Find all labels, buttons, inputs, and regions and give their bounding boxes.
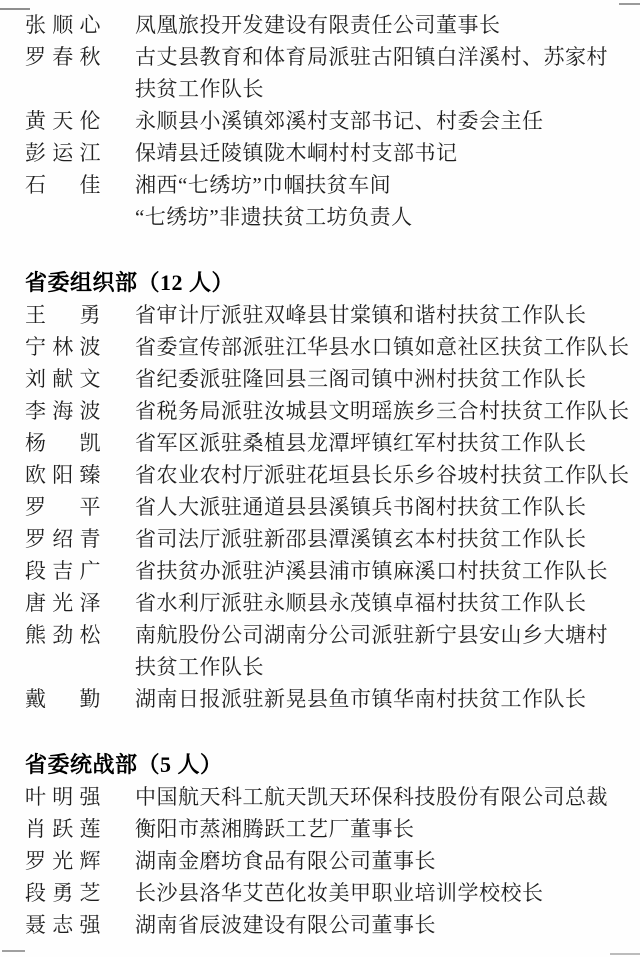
person-name: 张顺心 — [25, 9, 101, 41]
person-title: 湖南省辰波建设有限公司董事长 — [135, 909, 635, 941]
person-title: 湖南金磨坊食品有限公司董事长 — [135, 845, 635, 877]
person-title: 省水利厅派驻永顺县永茂镇卓福村扶贫工作队长 — [135, 587, 635, 619]
section-heading: 省委组织部（12 人） — [25, 267, 640, 299]
list-item: 彭运江 保靖县迁陵镇陇木峒村村支部书记 — [25, 137, 640, 169]
section-continuation: 张顺心 凤凰旅投开发建设有限责任公司董事长 罗春秋 古丈县教育和体育局派驻古阳镇… — [25, 9, 640, 233]
person-title: 省委宣传部派驻江华县水口镇如意社区扶贫工作队长 — [135, 331, 635, 363]
list-item: 黄天伦 永顺县小溪镇郊溪村支部书记、村委会主任 — [25, 105, 640, 137]
person-name: 欧阳臻 — [25, 459, 101, 491]
person-name: 聂志强 — [25, 909, 101, 941]
person-name: 刘献文 — [25, 363, 101, 395]
document-page: 张顺心 凤凰旅投开发建设有限责任公司董事长 罗春秋 古丈县教育和体育局派驻古阳镇… — [0, 0, 640, 957]
list-item: 石 佳 湘西“七绣坊”巾帼扶贫车间 “七绣坊”非遗扶贫工坊负责人 — [25, 169, 640, 233]
person-title: 省审计厅派驻双峰县甘棠镇和谐村扶贫工作队长 — [135, 299, 635, 331]
person-name: 肖跃莲 — [25, 813, 101, 845]
person-title: 南航股份公司湖南分公司派驻新宁县安山乡大塘村 扶贫工作队长 — [135, 619, 635, 683]
list-item: 唐光泽 省水利厅派驻永顺县永茂镇卓福村扶贫工作队长 — [25, 587, 640, 619]
person-name: 段勇芝 — [25, 877, 101, 909]
person-name: 宁林波 — [25, 331, 101, 363]
section-organization-dept: 省委组织部（12 人） 王 勇 省审计厅派驻双峰县甘棠镇和谐村扶贫工作队长 宁林… — [25, 267, 640, 715]
person-title: 省纪委派驻隆回县三阁司镇中洲村扶贫工作队长 — [135, 363, 635, 395]
list-item: 罗 平 省人大派驻通道县县溪镇兵书阁村扶贫工作队长 — [25, 491, 640, 523]
list-item: 宁林波 省委宣传部派驻江华县水口镇如意社区扶贫工作队长 — [25, 331, 640, 363]
list-item: 罗绍青 省司法厅派驻新邵县潭溪镇玄本村扶贫工作队长 — [25, 523, 640, 555]
person-name: 罗 平 — [25, 491, 101, 523]
person-name: 戴 勤 — [25, 683, 101, 715]
person-name: 石 佳 — [25, 169, 101, 201]
person-title: 永顺县小溪镇郊溪村支部书记、村委会主任 — [135, 105, 635, 137]
list-item: 戴 勤 湖南日报派驻新晃县鱼市镇华南村扶贫工作队长 — [25, 683, 640, 715]
person-name: 李海波 — [25, 395, 101, 427]
list-item: 聂志强 湖南省辰波建设有限公司董事长 — [25, 909, 640, 941]
list-item: 杨 凯 省军区派驻桑植县龙潭坪镇红军村扶贫工作队长 — [25, 427, 640, 459]
person-name: 熊劲松 — [25, 619, 101, 651]
person-name: 罗春秋 — [25, 41, 101, 73]
person-title: 省农业农村厅派驻花垣县长乐乡谷坡村扶贫工作队长 — [135, 459, 635, 491]
list-item: 王 勇 省审计厅派驻双峰县甘棠镇和谐村扶贫工作队长 — [25, 299, 640, 331]
list-item: 熊劲松 南航股份公司湖南分公司派驻新宁县安山乡大塘村 扶贫工作队长 — [25, 619, 640, 683]
person-name: 罗光辉 — [25, 845, 101, 877]
person-title: 省税务局派驻汝城县文明瑶族乡三合村扶贫工作队长 — [135, 395, 635, 427]
person-title: 长沙县洛华艾芭化妆美甲职业培训学校校长 — [135, 877, 635, 909]
list-item: 段勇芝 长沙县洛华艾芭化妆美甲职业培训学校校长 — [25, 877, 640, 909]
list-item: 刘献文 省纪委派驻隆回县三阁司镇中洲村扶贫工作队长 — [25, 363, 640, 395]
person-name: 段吉广 — [25, 555, 101, 587]
list-item: 叶明强 中国航天科工航天凯天环保科技股份有限公司总裁 — [25, 781, 640, 813]
person-title: 古丈县教育和体育局派驻古阳镇白洋溪村、苏家村 扶贫工作队长 — [135, 41, 635, 105]
person-title: 省人大派驻通道县县溪镇兵书阁村扶贫工作队长 — [135, 491, 635, 523]
person-name: 黄天伦 — [25, 105, 101, 137]
person-name: 杨 凯 — [25, 427, 101, 459]
list-item: 李海波 省税务局派驻汝城县文明瑶族乡三合村扶贫工作队长 — [25, 395, 640, 427]
person-title: 中国航天科工航天凯天环保科技股份有限公司总裁 — [135, 781, 635, 813]
person-title: 衡阳市蒸湘腾跃工艺厂董事长 — [135, 813, 635, 845]
list-item: 罗光辉 湖南金磨坊食品有限公司董事长 — [25, 845, 640, 877]
person-title: 湖南日报派驻新晃县鱼市镇华南村扶贫工作队长 — [135, 683, 635, 715]
person-title: 省军区派驻桑植县龙潭坪镇红军村扶贫工作队长 — [135, 427, 635, 459]
person-title: 保靖县迁陵镇陇木峒村村支部书记 — [135, 137, 635, 169]
person-name: 唐光泽 — [25, 587, 101, 619]
section-heading: 省委统战部（5 人） — [25, 749, 640, 781]
person-title: 省扶贫办派驻泸溪县浦市镇麻溪口村扶贫工作队长 — [135, 555, 635, 587]
scan-artifact-top-right — [619, 3, 640, 5]
list-item: 欧阳臻 省农业农村厅派驻花垣县长乐乡谷坡村扶贫工作队长 — [25, 459, 640, 491]
list-item: 段吉广 省扶贫办派驻泸溪县浦市镇麻溪口村扶贫工作队长 — [25, 555, 640, 587]
list-item: 张顺心 凤凰旅投开发建设有限责任公司董事长 — [25, 9, 640, 41]
section-united-front-dept: 省委统战部（5 人） 叶明强 中国航天科工航天凯天环保科技股份有限公司总裁 肖跃… — [25, 749, 640, 941]
person-name: 王 勇 — [25, 299, 101, 331]
scan-artifact-bottom-left — [2, 950, 25, 952]
list-item: 罗春秋 古丈县教育和体育局派驻古阳镇白洋溪村、苏家村 扶贫工作队长 — [25, 41, 640, 105]
person-title: 凤凰旅投开发建设有限责任公司董事长 — [135, 9, 635, 41]
person-name: 叶明强 — [25, 781, 101, 813]
person-name: 罗绍青 — [25, 523, 101, 555]
scan-artifact-top-left — [0, 8, 30, 10]
person-title: 省司法厅派驻新邵县潭溪镇玄本村扶贫工作队长 — [135, 523, 635, 555]
scan-artifact-bottom-right — [610, 953, 640, 955]
person-name: 彭运江 — [25, 137, 101, 169]
list-item: 肖跃莲 衡阳市蒸湘腾跃工艺厂董事长 — [25, 813, 640, 845]
person-title: 湘西“七绣坊”巾帼扶贫车间 “七绣坊”非遗扶贫工坊负责人 — [135, 169, 635, 233]
